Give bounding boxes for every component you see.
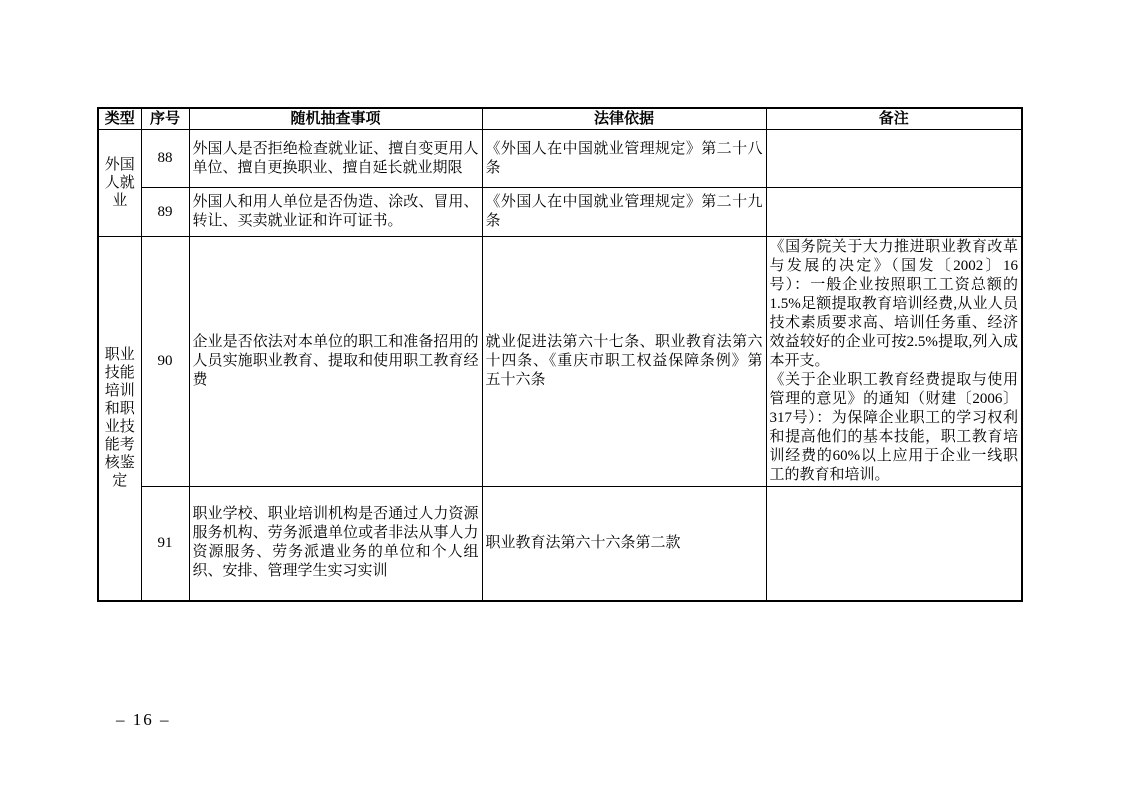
header-inspection-item: 随机抽查事项	[189, 108, 482, 130]
legal-basis-cell: 《外国人在中国就业管理规定》第二十九条	[482, 188, 766, 237]
header-number: 序号	[141, 108, 189, 130]
document-page: 类型 序号 随机抽查事项 法律依据 备注 外国人就业 88 外国人是否拒绝检查就…	[0, 0, 1123, 794]
page-number: – 16 –	[116, 710, 171, 730]
remarks-cell	[766, 130, 1022, 188]
inspection-item-cell: 企业是否依法对本单位的职工和准备招用的人员实施职业教育、提取和使用职工教育经费	[189, 237, 482, 487]
table-row: 89 外国人和用人单位是否伪造、涂改、冒用、转让、买卖就业证和许可证书。 《外国…	[98, 188, 1022, 237]
row-number-cell: 89	[141, 188, 189, 237]
inspection-item-cell: 外国人是否拒绝检查就业证、擅自变更用人单位、擅自更换职业、擅自延长就业期限	[189, 130, 482, 188]
header-legal-basis: 法律依据	[482, 108, 766, 130]
table-header-row: 类型 序号 随机抽查事项 法律依据 备注	[98, 108, 1022, 130]
table-row: 91 职业学校、职业培训机构是否通过人力资源服务机构、劳务派遣单位或者非法从事人…	[98, 487, 1022, 601]
header-category: 类型	[98, 108, 141, 130]
inspection-item-cell: 职业学校、职业培训机构是否通过人力资源服务机构、劳务派遣单位或者非法从事人力资源…	[189, 487, 482, 601]
remarks-cell	[766, 188, 1022, 237]
category-cell-vocational-training: 职业技能培训和职业技能考核鉴定	[98, 237, 141, 601]
row-number-cell: 90	[141, 237, 189, 487]
category-label: 外国人就业	[104, 156, 136, 210]
category-label: 职业技能培训和职业技能考核鉴定	[104, 346, 136, 490]
inspection-item-cell: 外国人和用人单位是否伪造、涂改、冒用、转让、买卖就业证和许可证书。	[189, 188, 482, 237]
remarks-cell	[766, 487, 1022, 601]
remarks-cell: 《国务院关于大力推进职业教育改革与发展的决定》（国发〔2002〕16号）：一般企…	[766, 237, 1022, 487]
inspection-items-table: 类型 序号 随机抽查事项 法律依据 备注 外国人就业 88 外国人是否拒绝检查就…	[97, 107, 1023, 602]
category-cell-foreigner-employment: 外国人就业	[98, 130, 141, 237]
legal-basis-cell: 就业促进法第六十七条、职业教育法第六十四条、《重庆市职工权益保障条例》第五十六条	[482, 237, 766, 487]
row-number-cell: 91	[141, 487, 189, 601]
remark-paragraph: 《关于企业职工教育经费提取与使用管理的意见》的通知（财建〔2006〕317号）：…	[770, 371, 1019, 485]
legal-basis-cell: 《外国人在中国就业管理规定》第二十八条	[482, 130, 766, 188]
row-number-cell: 88	[141, 130, 189, 188]
table-row: 职业技能培训和职业技能考核鉴定 90 企业是否依法对本单位的职工和准备招用的人员…	[98, 237, 1022, 487]
remark-paragraph: 《国务院关于大力推进职业教育改革与发展的决定》（国发〔2002〕16号）：一般企…	[770, 238, 1019, 371]
legal-basis-cell: 职业教育法第六十六条第二款	[482, 487, 766, 601]
table-row: 外国人就业 88 外国人是否拒绝检查就业证、擅自变更用人单位、擅自更换职业、擅自…	[98, 130, 1022, 188]
header-remarks: 备注	[766, 108, 1022, 130]
